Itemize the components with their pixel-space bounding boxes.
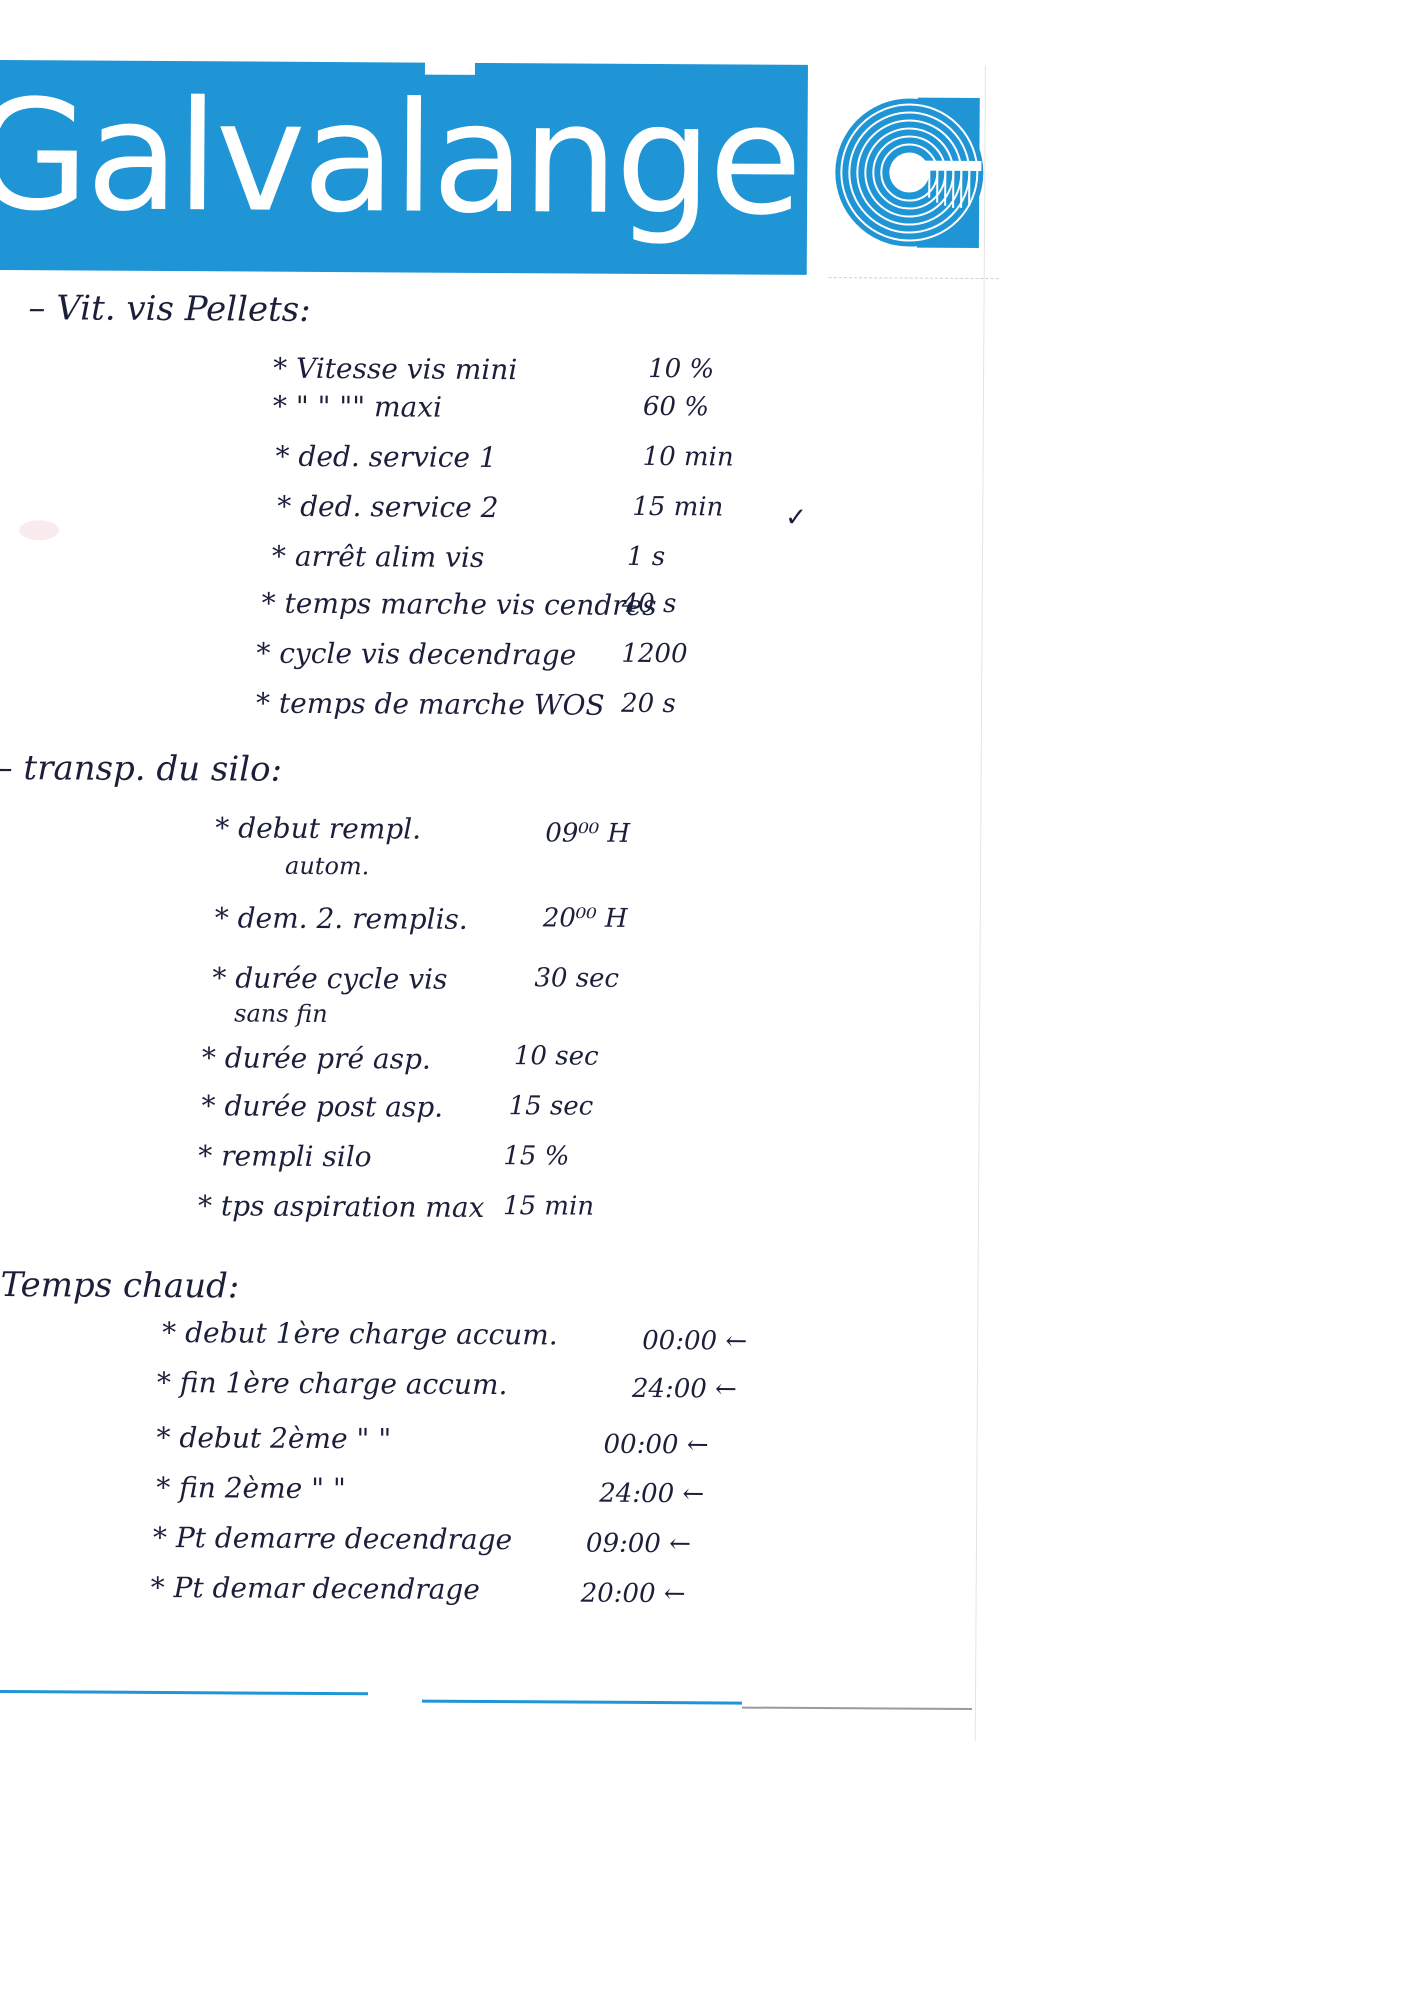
- item-label: * tps aspiration max: [198, 1189, 485, 1224]
- item-label: * debut 1ère charge accum.: [162, 1316, 558, 1351]
- brand-name: Galvalange: [0, 80, 800, 237]
- item-value: 10 min: [642, 442, 733, 473]
- item-value: 20 s: [621, 689, 676, 719]
- section-title-silo-transport: – transp. du silo:: [0, 748, 282, 790]
- item-value: 24:00 ←: [599, 1479, 704, 1510]
- item-label: * fin 1ère charge accum.: [157, 1366, 508, 1401]
- item-value: 00:00 ←: [603, 1430, 708, 1461]
- item-value: 1200: [621, 639, 687, 669]
- page-edge: [742, 1707, 972, 1710]
- item-label: * dem. 2. remplis.: [215, 901, 468, 936]
- ink-smudge: [19, 520, 59, 540]
- item-label: * temps marche vis cendres: [262, 587, 657, 622]
- item-value: 15 sec: [509, 1091, 594, 1122]
- item-value: 20⁰⁰ H: [543, 903, 628, 934]
- section-title-warm-weather: Temps chaud:: [0, 1265, 239, 1306]
- item-label: * " " "" maxi: [273, 390, 442, 424]
- item-value: 10 %: [648, 354, 714, 384]
- item-label: * debut rempl.: [215, 811, 421, 845]
- item-sublabel: autom.: [285, 852, 369, 881]
- bottom-band: [422, 1700, 742, 1705]
- item-value: 30 sec: [534, 963, 619, 994]
- item-label: * durée pré asp.: [202, 1041, 431, 1075]
- item-value: 60 %: [643, 392, 709, 422]
- item-label: * Pt demar decendrage: [151, 1571, 480, 1606]
- check-mark-icon: ✓: [785, 503, 807, 533]
- item-label: * fin 2ème " ": [156, 1471, 346, 1505]
- item-value: 10 sec: [514, 1041, 599, 1072]
- item-value: 40 s: [622, 589, 677, 619]
- brand-header: Galvalange: [0, 60, 808, 275]
- item-value: 00:00 ←: [642, 1326, 747, 1357]
- item-label: * temps de marche WOS: [256, 687, 605, 722]
- section-title-pellet-screw: – Vit. vis Pellets:: [28, 288, 310, 330]
- item-value: 09:00 ←: [586, 1529, 691, 1560]
- item-value: 15 %: [503, 1141, 569, 1171]
- item-label: * durée post asp.: [202, 1089, 444, 1123]
- item-label: * debut 2ème " ": [156, 1421, 391, 1455]
- item-label: * durée cycle vis: [212, 961, 447, 995]
- item-label: * rempli silo: [198, 1139, 371, 1173]
- item-sublabel: sans fin: [234, 999, 328, 1028]
- item-label: * Pt demarre decendrage: [153, 1521, 512, 1556]
- item-label: * ded. service 2: [277, 490, 498, 524]
- bottom-band: [0, 1690, 368, 1695]
- item-value: 1 s: [627, 542, 665, 572]
- item-label: * cycle vis decendrage: [256, 637, 576, 672]
- concentric-g-logo-icon: [829, 87, 1000, 279]
- item-value: 15 min: [503, 1191, 594, 1222]
- item-label: * Vitesse vis mini: [273, 352, 517, 386]
- scanned-page: Galvalange: [0, 60, 986, 1741]
- item-value: 24:00 ←: [632, 1374, 737, 1405]
- item-label: * arrêt alim vis: [272, 540, 484, 574]
- item-label: * ded. service 1: [275, 440, 496, 474]
- item-value: 20:00 ←: [581, 1579, 686, 1610]
- item-value: 09⁰⁰ H: [545, 818, 630, 849]
- item-value: 15 min: [632, 492, 723, 523]
